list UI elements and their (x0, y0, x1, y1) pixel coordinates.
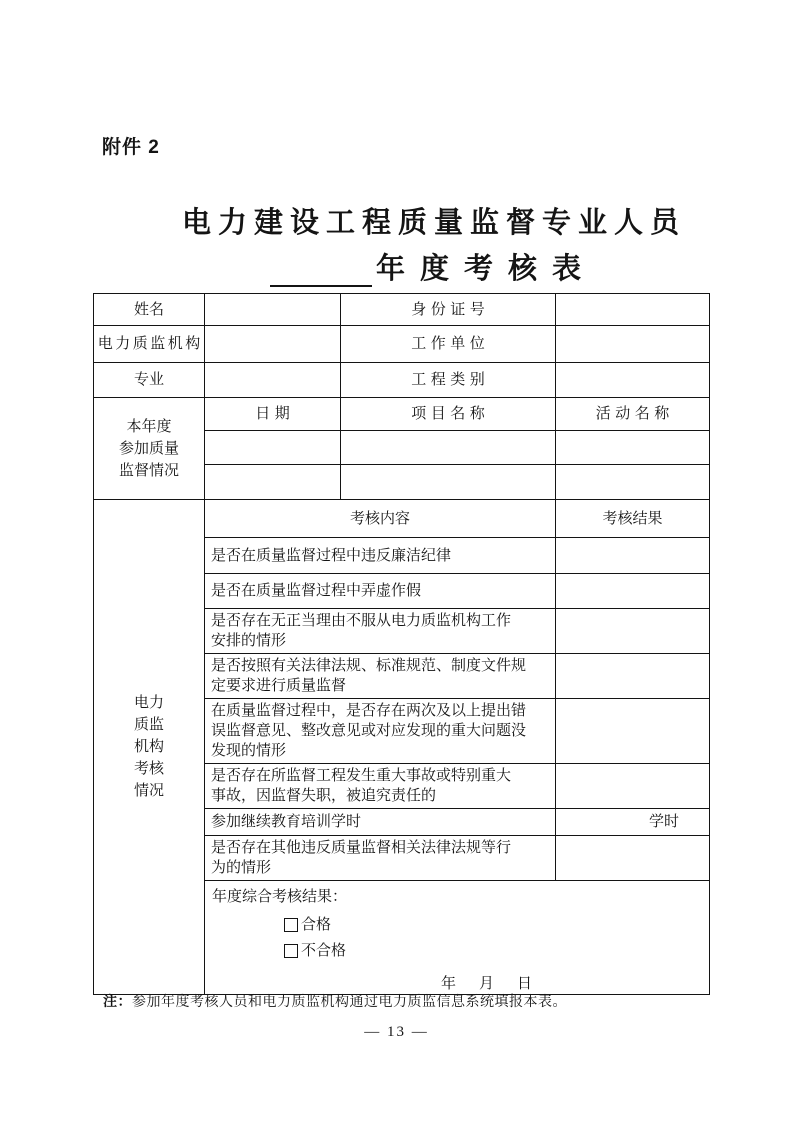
field-label-project-category: 工程类别 (341, 363, 556, 398)
supervision-row-date-cell[interactable] (205, 465, 341, 500)
work-unit-input-cell[interactable] (556, 326, 710, 363)
table-row: 电力质监机构 工作单位 (94, 326, 710, 363)
assessment-result-cell[interactable] (556, 654, 710, 699)
assessment-result-cell[interactable] (556, 699, 710, 764)
id-number-input-cell[interactable] (556, 294, 710, 326)
annual-summary-cell: 年度综合考核结果： 合格 不合格 年 月 日 (205, 881, 710, 995)
assessment-item-content: 在质量监督过程中，是否存在两次及以上提出错 误监督意见、整改意见或对应发现的重大… (205, 699, 556, 764)
column-header-activity-name: 活动名称 (556, 398, 710, 431)
result-option-qualified-label: 合格 (301, 915, 331, 935)
supervision-row-date-cell[interactable] (205, 431, 341, 465)
document-page: 附件 2 电力建设工程质量监督专业人员 年度考核表 姓名 身份证号 电力质监机构… (0, 0, 793, 1122)
title-blank-underline (270, 259, 372, 287)
checkbox-unqualified-icon[interactable] (284, 944, 298, 958)
table-row: 本年度 参加质量 监督情况 日期 项目名称 活动名称 (94, 398, 710, 431)
assessment-result-header: 考核结果 (556, 500, 710, 538)
summary-label: 年度综合考核结果： (212, 887, 709, 907)
quality-supervision-org-input-cell[interactable] (205, 326, 341, 363)
checkbox-qualified-icon[interactable] (284, 918, 298, 932)
field-label-quality-supervision-org: 电力质监机构 (94, 326, 205, 363)
column-header-date: 日期 (205, 398, 341, 431)
document-title-line2-text: 年度考核表 (376, 253, 596, 285)
footnote-prefix: 注： (103, 993, 132, 1009)
footnote: 注：参加年度考核人员和电力质监机构通过电力质监信息系统填报本表。 (103, 991, 567, 1011)
assessment-item-content: 参加继续教育培训学时 (205, 809, 556, 836)
assessment-result-cell[interactable] (556, 609, 710, 654)
assessment-result-cell[interactable] (556, 836, 710, 881)
field-label-name: 姓名 (94, 294, 205, 326)
assessment-result-cell[interactable] (556, 538, 710, 574)
table-row: 姓名 身份证号 (94, 294, 710, 326)
supervision-row-activity-cell[interactable] (556, 431, 710, 465)
assessment-item-content: 是否存在无正当理由不服从电力质监机构工作 安排的情形 (205, 609, 556, 654)
project-category-input-cell[interactable] (556, 363, 710, 398)
assessment-content-header: 考核内容 (205, 500, 556, 538)
field-label-work-unit: 工作单位 (341, 326, 556, 363)
assessment-item-content: 是否按照有关法律法规、标准规范、制度文件规 定要求进行质量监督 (205, 654, 556, 699)
page-number: — 13 — (0, 1024, 793, 1041)
field-label-specialty: 专业 (94, 363, 205, 398)
table-row: 电力 质监 机构 考核 情况 考核内容 考核结果 (94, 500, 710, 538)
supervision-section-label: 本年度 参加质量 监督情况 (94, 398, 205, 500)
specialty-input-cell[interactable] (205, 363, 341, 398)
supervision-row-project-cell[interactable] (341, 431, 556, 465)
footnote-text: 参加年度考核人员和电力质监机构通过电力质监信息系统填报本表。 (132, 993, 567, 1009)
assessment-result-cell[interactable] (556, 574, 710, 609)
assessment-section-label: 电力 质监 机构 考核 情况 (94, 500, 205, 995)
document-title-line1: 电力建设工程质量监督专业人员 (182, 200, 686, 241)
result-option-qualified[interactable]: 合格 (284, 917, 709, 933)
name-input-cell[interactable] (205, 294, 341, 326)
supervision-row-project-cell[interactable] (341, 465, 556, 500)
assessment-item-content: 是否存在所监督工程发生重大事故或特别重大 事故，因监督失职，被追究责任的 (205, 764, 556, 809)
assessment-item-content: 是否在质量监督过程中违反廉洁纪律 (205, 538, 556, 574)
document-title-line2: 年度考核表 (270, 246, 596, 278)
assessment-form-table: 姓名 身份证号 电力质监机构 工作单位 专业 工程类别 本年度 参加质量 监督情… (93, 293, 710, 995)
result-option-unqualified-label: 不合格 (301, 941, 346, 961)
result-option-unqualified[interactable]: 不合格 (284, 943, 709, 959)
assessment-item-content: 是否在质量监督过程中弄虚作假 (205, 574, 556, 609)
column-header-project-name: 项目名称 (341, 398, 556, 431)
table-row: 专业 工程类别 (94, 363, 710, 398)
assessment-item-content: 是否存在其他违反质量监督相关法律法规等行 为的情形 (205, 836, 556, 881)
supervision-row-activity-cell[interactable] (556, 465, 710, 500)
field-label-id-number: 身份证号 (341, 294, 556, 326)
attachment-label: 附件 2 (102, 132, 160, 159)
assessment-result-cell[interactable] (556, 764, 710, 809)
training-hours-result-cell[interactable]: 学时 (556, 809, 710, 836)
